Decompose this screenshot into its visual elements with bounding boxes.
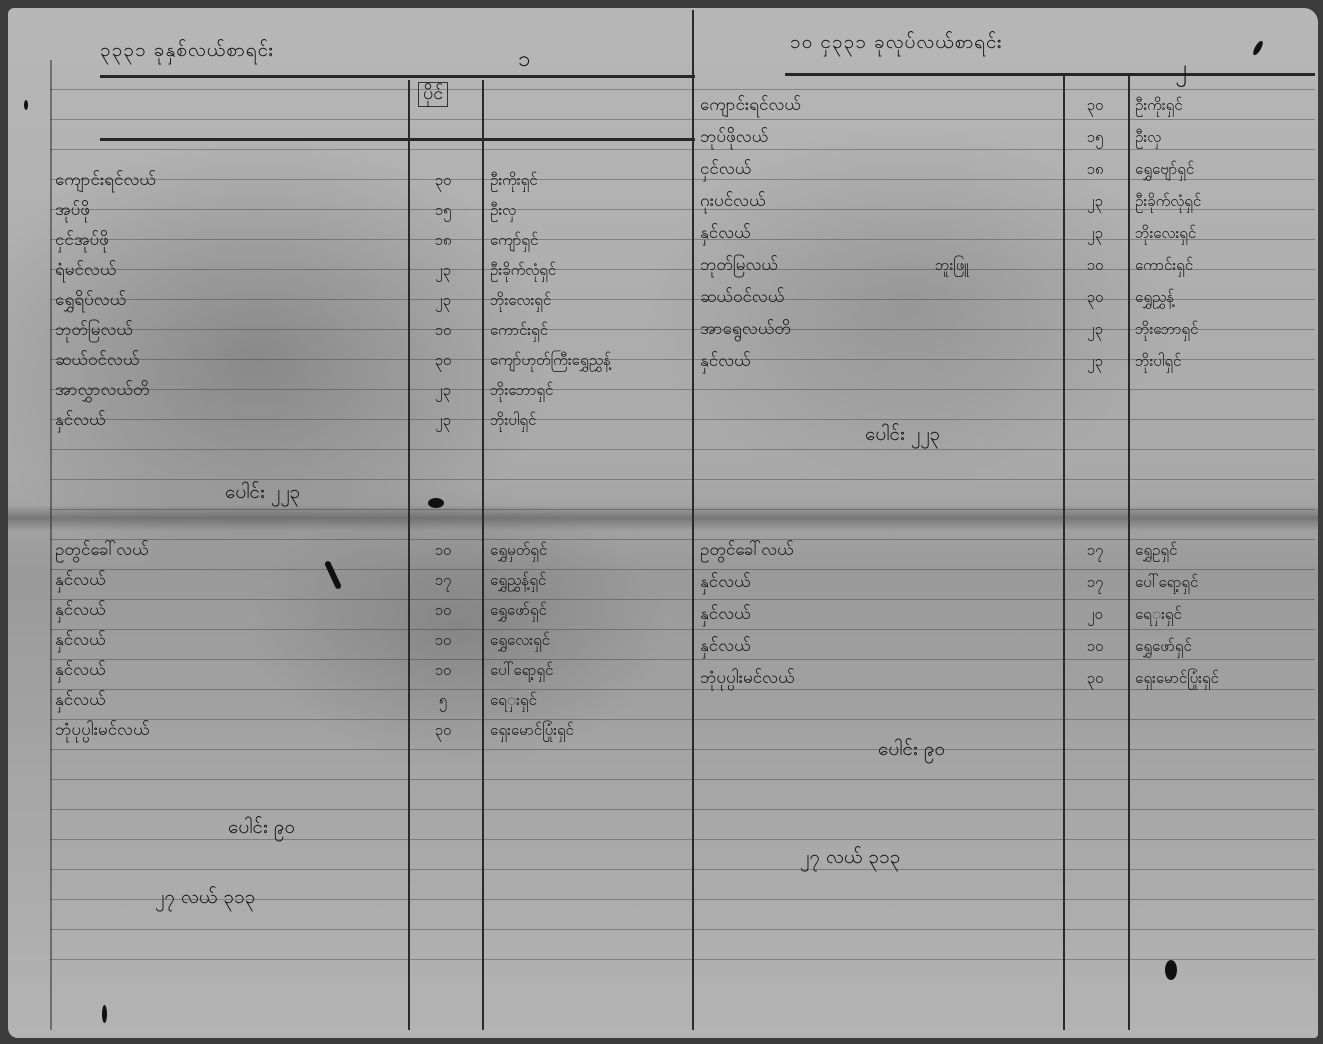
field-name: ရံမင်လယ် <box>55 255 116 285</box>
ink-speck <box>1165 960 1177 980</box>
field-value: ၃၀ <box>418 165 468 195</box>
grand-total-label: ၂၇ လယ် <box>155 886 217 908</box>
field-name: အာလွှာလယ်တိ <box>55 375 150 405</box>
owner-note: ဦးခိုက်လုံရှင် <box>1135 186 1201 216</box>
right-page-title: ၁၀ ငှ၃၃၁ ခုလုပ်လယ်စာရင်း <box>790 30 1002 58</box>
field-name: ဥတွင်ခေါ်လယ် <box>55 535 149 565</box>
owner-note: ရှေးမောင်ပြုံးရှင် <box>490 715 574 745</box>
right-value-column-line <box>1063 75 1065 1030</box>
field-value: ၂၃ <box>418 285 468 315</box>
owner-note: ရေှးရှင် <box>1135 599 1182 629</box>
owner-note: ဦးလှ <box>1135 122 1161 152</box>
field-name: ဘုံပုပ္ပါးမင်လယ် <box>700 663 795 693</box>
total-label: ပေါင်း <box>878 738 918 760</box>
field-name: ဘုံပုပ္ပါးမင်လယ် <box>55 715 150 745</box>
field-name: အာရွေလယ်တိ <box>700 314 791 344</box>
ink-speck <box>102 1005 107 1023</box>
owner-note: ကောင်းရှင် <box>1135 250 1193 280</box>
field-value: ၁၇ <box>1070 535 1120 565</box>
owner-note: ဦးကိုးရှင် <box>1135 90 1183 120</box>
owner-note: ရှေးမောင်ပြုံးရှင် <box>1135 663 1219 693</box>
left-page-title: ၃၃၃၁ ခုနှစ်လယ်စာရင်း <box>100 38 274 66</box>
owner-note: ဘိုးပါရှင် <box>1135 346 1181 376</box>
grand-total-label: ၂၇ လယ် <box>800 846 862 868</box>
field-name: ဘုတ်မြလယ် <box>700 250 778 280</box>
ink-speck <box>428 498 444 508</box>
owner-note: ရေှးရှင် <box>490 685 537 715</box>
owner-note: ဘိုးဘောရှင် <box>1135 314 1198 344</box>
total-value: ၂၂၃ <box>911 423 940 445</box>
field-name: ငှင်လယ် <box>700 154 751 184</box>
owner-note: ဦးလှ <box>490 195 516 225</box>
owner-note: ကျော်ရှင် <box>490 225 538 255</box>
grand-total-value: ၃၁၃ <box>868 846 900 868</box>
field-value: ၁၀ <box>1070 631 1120 661</box>
total-label: ပေါင်း <box>225 481 265 503</box>
right-grand-total: ၂၇ လယ် ၃၁၃ <box>800 845 900 873</box>
page-divider <box>692 10 694 1030</box>
field-name: နှင်လယ် <box>55 565 106 595</box>
field-name: နှင်လယ် <box>55 655 106 685</box>
field-value: ၃၀ <box>1070 90 1120 120</box>
field-name: ဂုးပင်လယ် <box>700 186 766 216</box>
left-page-mark: ၁ <box>518 44 531 77</box>
field-value: ၂၃ <box>418 375 468 405</box>
field-name: ဘုပ်ဖိုလယ် <box>700 122 768 152</box>
field-value: ၂၀ <box>1070 599 1120 629</box>
field-name: နှင်လယ် <box>55 405 106 435</box>
owner-note: ရွှေဖော်ရှင် <box>490 595 547 625</box>
field-value: ၂၃ <box>1070 218 1120 248</box>
owner-note: ဦးကိုးရှင် <box>490 165 538 195</box>
owner-note: ဘိုးပါရှင် <box>490 405 536 435</box>
field-value: ၁၇ <box>1070 567 1120 597</box>
field-name: နှင်လယ် <box>55 685 106 715</box>
left-margin-line <box>50 60 52 1030</box>
field-value: ၁၀ <box>418 655 468 685</box>
field-value: ၂၃ <box>1070 346 1120 376</box>
total-label: ပေါင်း <box>865 423 905 445</box>
field-name: နှင်လယ် <box>700 631 751 661</box>
total-value: ၉၀ <box>924 738 945 760</box>
grand-total-value: ၃၁၃ <box>223 886 255 908</box>
extra-note: ဘူးဖြူ <box>935 250 969 280</box>
field-name: ဆယ်ဝင်လယ် <box>55 345 139 375</box>
owner-note: ရွှေလေးရှင် <box>490 625 550 655</box>
left-header-rule <box>100 75 695 78</box>
total-value: ၂၂၃ <box>271 481 300 503</box>
field-value: ၁၀ <box>418 535 468 565</box>
field-name: ငှင်အုပ်ဖို <box>55 225 109 255</box>
right-section-2-total: ပေါင်း ၉၀ <box>878 737 945 765</box>
right-section-1-total: ပေါင်း ၂၂၃ <box>865 422 940 450</box>
field-value: ၃၀ <box>1070 663 1120 693</box>
owner-note: ကျော်ဟုတ်ကြီးရွှေညွှန့် <box>490 345 611 375</box>
owner-note: ဘိုးဘောရှင် <box>490 375 553 405</box>
field-value: ၁၈ <box>418 225 468 255</box>
field-name: ရွှေရိပ်လယ် <box>55 285 126 315</box>
field-name: နှင်လယ် <box>700 346 751 376</box>
field-name: ကျောင်းရင်လယ် <box>55 165 156 195</box>
field-name: နှင်လယ် <box>55 595 106 625</box>
left-value-column-line <box>408 80 410 1030</box>
total-label: ပေါင်း <box>228 816 268 838</box>
field-value: ၁၀ <box>418 625 468 655</box>
field-value: ၃၀ <box>1070 282 1120 312</box>
field-value: ၁၇ <box>418 565 468 595</box>
owner-note: ရွှေညွှန့်ရှင် <box>490 565 546 595</box>
field-name: နှင်လယ် <box>700 218 751 248</box>
owner-note: ရွှေဥရှင် <box>1135 535 1177 565</box>
owner-note: ရွှေညွှန့် <box>1135 282 1174 312</box>
field-name: ဆယ်ဝင်လယ် <box>700 282 784 312</box>
field-name: နှင်လယ် <box>700 567 751 597</box>
field-value: ၁၀ <box>418 595 468 625</box>
left-header-rule-2 <box>100 138 695 141</box>
total-value: ၉၀ <box>274 816 295 838</box>
left-note-column-line <box>482 80 484 1030</box>
field-name: ဥတွင်ခေါ်လယ် <box>700 535 794 565</box>
field-value: ၃၀ <box>418 715 468 745</box>
field-value: ၁၀ <box>1070 250 1120 280</box>
right-header-rule <box>785 73 1315 76</box>
field-value: ၂၃ <box>1070 314 1120 344</box>
owner-note: ရွှေမှတ်ရှင် <box>490 535 547 565</box>
field-name: နှင်လယ် <box>700 599 751 629</box>
owner-note: ရွှေဖော်ရှင် <box>1135 631 1192 661</box>
left-grand-total: ၂၇ လယ် ၃၁၃ <box>155 885 255 913</box>
field-value: ၁၈ <box>1070 154 1120 184</box>
field-name: ဘုတ်မြလယ် <box>55 315 133 345</box>
owner-note: ဘိုးလေးရှင် <box>1135 218 1196 248</box>
owner-note: ပေါ်ရော့ရှင် <box>490 655 553 685</box>
field-name: ကျောင်းရင်လယ် <box>700 90 801 120</box>
owner-note: ပေါ်ရော့ရှင် <box>1135 567 1198 597</box>
left-section-2-total: ပေါင်း ၉၀ <box>228 815 295 843</box>
owner-note: ဘိုးလေးရှင် <box>490 285 551 315</box>
field-value: ၂၃ <box>418 405 468 435</box>
right-note-column-line <box>1128 75 1130 1030</box>
field-value: ၃၀ <box>418 345 468 375</box>
field-value: ၂၃ <box>1070 186 1120 216</box>
left-section-1-total: ပေါင်း ၂၂၃ <box>225 480 300 508</box>
owner-note: ရွှေဗျော်ရှင် <box>1135 154 1194 184</box>
left-column-header: ပိုင် <box>418 82 448 107</box>
field-value: ၂၃ <box>418 255 468 285</box>
field-value: ၁၀ <box>418 315 468 345</box>
owner-note: ဦးခိုက်လုံရှင် <box>490 255 556 285</box>
field-value: ၅ <box>418 685 468 715</box>
right-page-mark: ၂ <box>1175 52 1188 88</box>
field-value: ၁၅ <box>1070 122 1120 152</box>
field-name: နှင်လယ် <box>55 625 106 655</box>
owner-note: ကောင်းရှင် <box>490 315 548 345</box>
field-name: အုပ်ဖို <box>55 195 90 225</box>
field-value: ၁၅ <box>418 195 468 225</box>
ink-speck <box>24 100 28 110</box>
